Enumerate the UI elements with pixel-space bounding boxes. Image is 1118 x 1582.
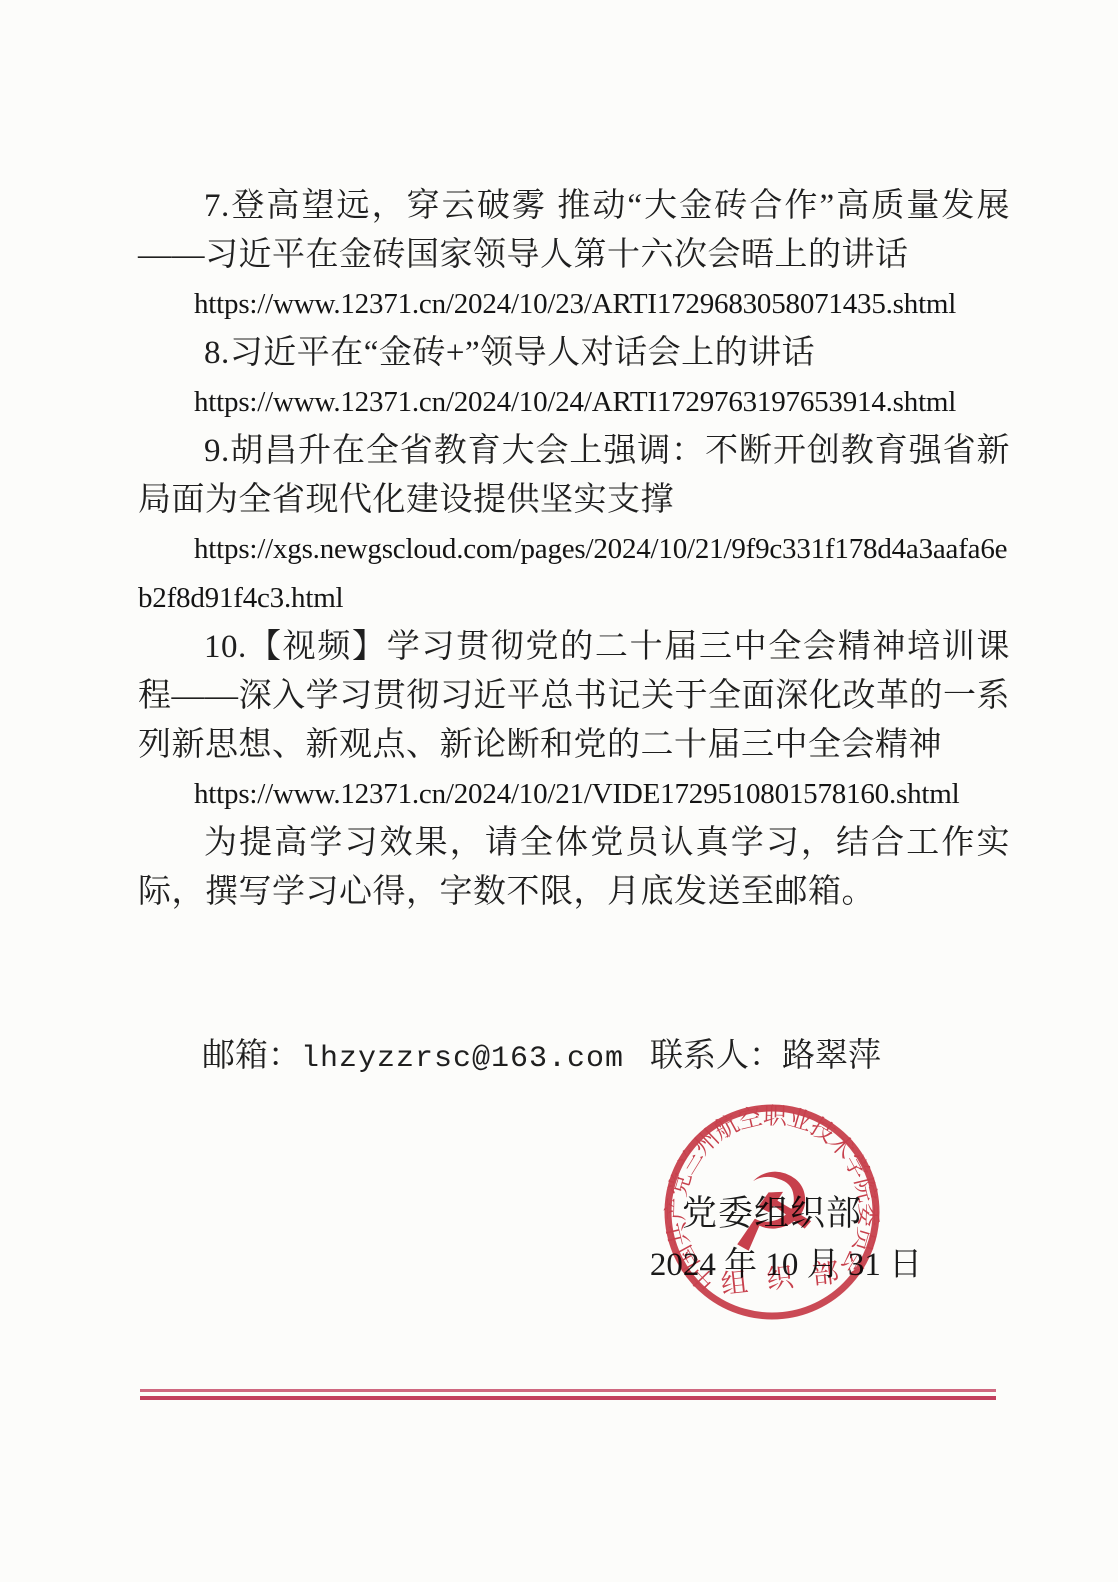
document-body: 7.登高望远，穿云破雾 推动“大金砖合作”高质量发展——习近平在金砖国家领导人第… bbox=[138, 182, 1010, 917]
list-item-9-url: https://xgs.newgscloud.com/pages/2024/10… bbox=[138, 525, 1010, 623]
hammer-sickle-icon: ☭ bbox=[719, 1146, 824, 1277]
official-seal-stamp: 中国共产党兰州航空职业技术学院委员会 ☭ 组 织 部 bbox=[647, 1087, 898, 1338]
list-item-8-url: https://www.12371.cn/2024/10/24/ARTI1729… bbox=[138, 378, 1010, 427]
closing-paragraph: 为提高学习效果，请全体党员认真学习，结合工作实际，撰写学习心得，字数不限，月底发… bbox=[138, 819, 1010, 917]
list-item-7-title: 7.登高望远，穿云破雾 推动“大金砖合作”高质量发展——习近平在金砖国家领导人第… bbox=[138, 182, 1010, 280]
list-item-10-title: 10.【视频】学习贯彻党的二十届三中全会精神培训课程——深入学习贯彻习近平总书记… bbox=[138, 623, 1010, 770]
document-page: 7.登高望远，穿云破雾 推动“大金砖合作”高质量发展——习近平在金砖国家领导人第… bbox=[0, 0, 1118, 1582]
contact-person-label: 联系人： bbox=[650, 1038, 782, 1074]
footer-rule-bottom bbox=[140, 1396, 996, 1400]
email-value: lhzyzzrsc@163.com bbox=[301, 1042, 624, 1076]
list-item-7-url: https://www.12371.cn/2024/10/23/ARTI1729… bbox=[138, 280, 1010, 329]
email-group: 邮箱：lhzyzzrsc@163.com bbox=[202, 1038, 624, 1074]
contact-row: 邮箱：lhzyzzrsc@163.com 联系人：路翠萍 bbox=[138, 1032, 1010, 1084]
contact-person-group: 联系人：路翠萍 bbox=[650, 1032, 881, 1081]
email-label: 邮箱： bbox=[202, 1038, 301, 1074]
list-item-8-title: 8.习近平在“金砖+”领导人对话会上的讲话 bbox=[138, 329, 1010, 378]
footer-rule-top bbox=[140, 1389, 996, 1392]
list-item-10-url: https://www.12371.cn/2024/10/21/VIDE1729… bbox=[138, 770, 1010, 819]
list-item-9-title: 9.胡昌升在全省教育大会上强调：不断开创教育强省新局面为全省现代化建设提供坚实支… bbox=[138, 427, 1010, 525]
contact-person-name: 路翠萍 bbox=[782, 1038, 881, 1074]
